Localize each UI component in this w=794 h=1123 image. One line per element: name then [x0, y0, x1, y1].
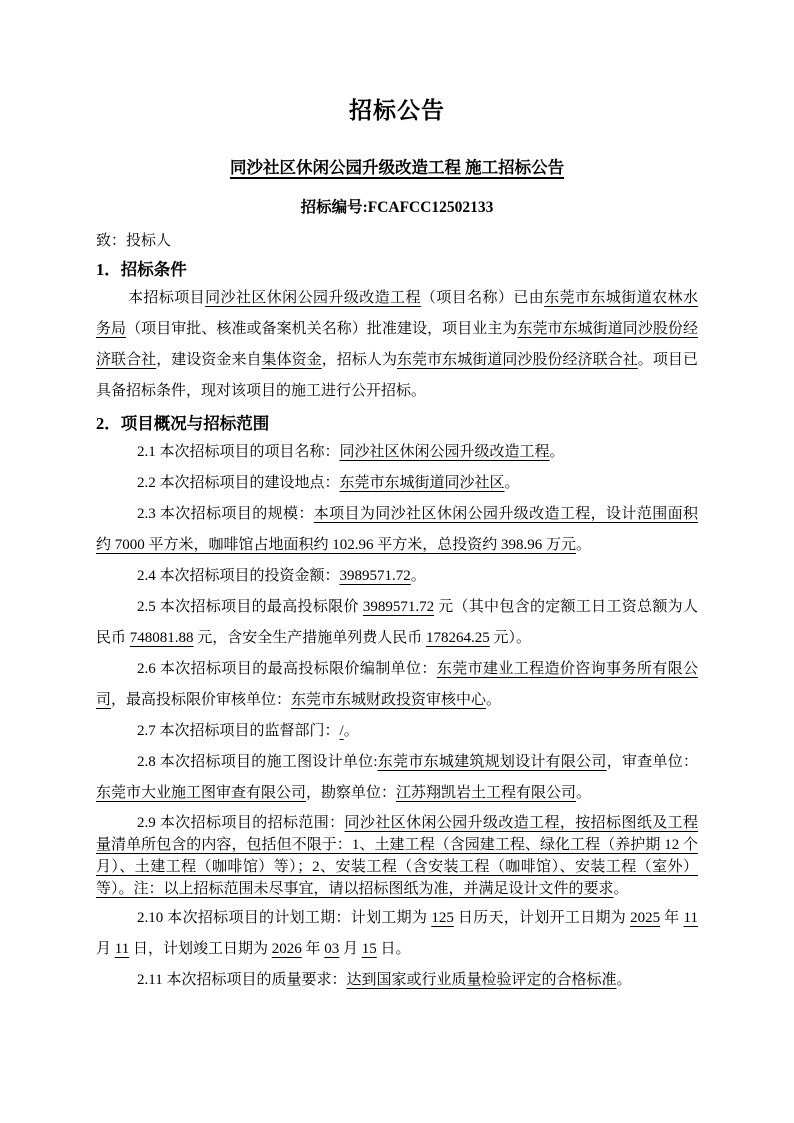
underlined-value-run: 3989571.72 — [340, 568, 411, 584]
document-subtitle: 同沙社区休闲公园升级改造工程 施工招标公告 — [96, 156, 698, 180]
underlined-value-run: 东莞市大业施工图审查有限公司 — [96, 785, 306, 801]
text-run: 。 — [616, 972, 631, 988]
text-run: 日，计划竣工日期为 — [129, 941, 272, 957]
text-run: ，勘察单位： — [306, 785, 396, 801]
text-run: 2.3 本次招标项目的规模： — [137, 506, 314, 522]
underlined-value-run: 达到国家或行业质量检验评定的合格标准 — [346, 972, 616, 988]
clause-2-10: 2.10 本次招标项目的计划工期：计划工期为 125 日历天，计划开工日期为 2… — [96, 903, 698, 965]
underlined-value-run: 2026 — [272, 941, 302, 957]
text-run: ，建设资金来自 — [156, 352, 261, 368]
section-2-heading: 2．项目概况与招标范围 — [96, 411, 698, 437]
underlined-value-run: 11 — [684, 910, 698, 926]
text-run: 2.2 本次招标项目的建设地点： — [137, 475, 340, 491]
text-run: 。 — [614, 881, 629, 897]
text-run: 。 — [411, 568, 426, 584]
text-run: （项目名称）已由 — [421, 290, 544, 306]
text-run: 日历天，计划开工日期为 — [454, 910, 630, 926]
clause-2-3: 2.3 本次招标项目的规模：本项目为同沙社区休闲公园升级改造工程，设计范围面积约… — [96, 499, 698, 561]
text-run: 本招标项目 — [128, 290, 205, 306]
text-run: 年 — [302, 941, 325, 957]
text-run: 2.5 本次招标项目的最高投标限价 — [137, 599, 363, 615]
text-run: 2.10 本次招标项目的计划工期：计划工期为 — [137, 910, 431, 926]
text-run: （项目审批、核准或备案机关名称）批准建设，项目业主为 — [126, 321, 517, 337]
section-1-paragraph: 本招标项目同沙社区休闲公园升级改造工程（项目名称）已由东莞市东城街道农林水务局（… — [96, 283, 698, 407]
addressee-line: 致：投标人 — [96, 229, 698, 253]
text-run: 月 — [96, 941, 115, 957]
underlined-value-run: 同沙社区休闲公园升级改造工程 — [205, 290, 421, 306]
text-run: 。 — [576, 537, 591, 553]
text-run: 2.11 本次招标项目的质量要求： — [137, 972, 346, 988]
text-run: 。 — [576, 785, 591, 801]
text-run: 元，含安全生产措施单列费人民币 — [194, 630, 427, 646]
text-run: 2.7 本次招标项目的监督部门： — [137, 723, 340, 739]
text-run: 。 — [505, 475, 520, 491]
clause-2-4: 2.4 本次招标项目的投资金额：3989571.72。 — [96, 561, 698, 592]
clause-2-2: 2.2 本次招标项目的建设地点：东莞市东城街道同沙社区。 — [96, 468, 698, 499]
clause-2-11: 2.11 本次招标项目的质量要求：达到国家或行业质量检验评定的合格标准。 — [96, 965, 698, 996]
underlined-value-run: 3989571.72 — [363, 599, 434, 615]
underlined-value-run: 东莞市东城财政投资审核中心 — [291, 692, 486, 708]
clause-2-6: 2.6 本次招标项目的最高投标限价编制单位：东莞市建业工程造价咨询事务所有限公司… — [96, 654, 698, 716]
clause-2-9: 2.9 本次招标项目的招标范围：同沙社区休闲公园升级改造工程，按招标图纸及工程量… — [96, 812, 698, 900]
underlined-value-run: 2025 — [630, 910, 660, 926]
clause-2-7: 2.7 本次招标项目的监督部门：/。 — [96, 716, 698, 747]
clause-2-1: 2.1 本次招标项目的项目名称：同沙社区休闲公园升级改造工程。 — [96, 437, 698, 468]
underlined-value-run: 178264.25 — [426, 630, 490, 646]
text-run: 2.9 本次招标项目的招标范围： — [137, 815, 345, 831]
text-run: ，审查单位： — [607, 754, 698, 770]
underlined-value-run: 集体资金 — [262, 352, 322, 368]
document-page: 招标公告 同沙社区休闲公园升级改造工程 施工招标公告 招标编号:FCAFCC12… — [0, 0, 794, 1123]
clause-2-8: 2.8 本次招标项目的施工图设计单位:东莞市东城建筑规划设计有限公司，审查单位：… — [96, 747, 698, 809]
text-run: 。 — [344, 723, 359, 739]
underlined-value-run: 东莞市东城街道同沙股份经济联合社 — [397, 352, 638, 368]
text-run: 日。 — [377, 941, 411, 957]
underlined-value-run: 748081.88 — [130, 630, 194, 646]
section-1-heading: 1．招标条件 — [96, 257, 698, 283]
text-run: 。 — [550, 444, 565, 460]
underlined-value-run: 东莞市东城街道同沙社区 — [340, 475, 505, 491]
text-run: 2.8 本次招标项目的施工图设计单位: — [137, 754, 378, 770]
underlined-value-run: 11 — [115, 941, 129, 957]
text-run: 月 — [339, 941, 362, 957]
text-run: 2.6 本次招标项目的最高投标限价编制单位： — [137, 661, 437, 677]
document-title: 招标公告 — [96, 95, 698, 127]
text-run: ，招标人为 — [322, 352, 397, 368]
underlined-value-run: 东莞市东城建筑规划设计有限公司 — [378, 754, 607, 770]
text-run: 元）。 — [490, 630, 531, 646]
underlined-value-run: 同沙社区休闲公园升级改造工程 — [340, 444, 550, 460]
text-run: 2.1 本次招标项目的项目名称： — [137, 444, 340, 460]
text-run: 2.4 本次招标项目的投资金额： — [137, 568, 340, 584]
clause-2-5: 2.5 本次招标项目的最高投标限价 3989571.72 元（其中包含的定额工日… — [96, 592, 698, 654]
underlined-value-run: 江苏翔凯岩土工程有限公司 — [396, 785, 576, 801]
underlined-value-run: 03 — [324, 941, 339, 957]
underlined-value-run: 125 — [431, 910, 454, 926]
text-run: 。 — [486, 692, 501, 708]
underlined-value-run: 15 — [362, 941, 377, 957]
tender-number: 招标编号:FCAFCC12502133 — [96, 196, 698, 219]
text-run: ，最高投标限价审核单位： — [111, 692, 291, 708]
text-run: 年 — [660, 910, 683, 926]
